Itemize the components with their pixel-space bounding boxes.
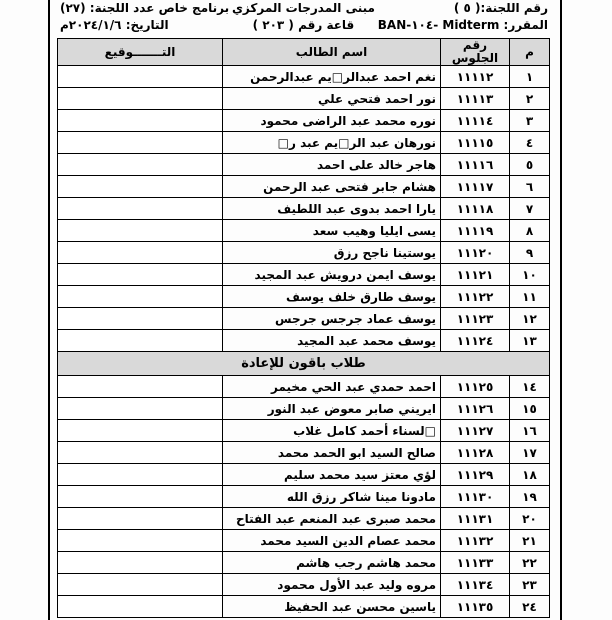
room-number: قاعة رقم ( ٢٠٣ ) [232,19,375,31]
student-name-cell: يوستينا ناجح رزق [223,242,441,264]
student-name-cell: صالح السيد ابو الحمد محمد [223,442,441,464]
seat-number-cell: ١١١٢٦ [441,398,510,420]
table-row: ٢٤١١١٣٥ياسين محسن عبد الحفيظ [58,596,550,618]
signature-cell [58,286,223,308]
student-name-cell: محمد هاشم رجب هاشم [223,552,441,574]
row-number-cell: ١١ [510,286,550,308]
signature-cell [58,110,223,132]
seat-number-cell: ١١١٢٣ [441,308,510,330]
row-number-cell: ٢٠ [510,508,550,530]
seat-number-cell: ١١١٣١ [441,508,510,530]
table-row: ١٧١١١٢٨صالح السيد ابو الحمد محمد [58,442,550,464]
row-number-cell: ١٦ [510,420,550,442]
seat-number-cell: ١١١١٦ [441,154,510,176]
student-name-cell: يوسف طارق خلف يوسف [223,286,441,308]
row-number-cell: ١٠ [510,264,550,286]
student-name-cell: يوسف محمد عبد المجيد [223,330,441,352]
seat-number-cell: ١١١٣٠ [441,486,510,508]
signature-cell [58,530,223,552]
signature-cell [58,308,223,330]
table-row: ٤١١١١٥نورهان عبد الر□يم عبد ر□ [58,132,550,154]
table-row: ٢٢١١١٣٣محمد هاشم رجب هاشم [58,552,550,574]
column-header-student-name: اسم الطالب [223,39,441,66]
building-name: مبنى المدرجات المركزي [232,2,375,14]
seat-number-cell: ١١١١٢ [441,66,510,88]
seat-number-cell: ١١١٢٧ [441,420,510,442]
seat-number-cell: ١١١١٤ [441,110,510,132]
table-row: ٢١١١١٣٢محمد عصام الدين السيد محمد [58,530,550,552]
table-row: ٥١١١١٦هاجر خالد على احمد [58,154,550,176]
table-row: ١٤١١١٢٥احمد حمدي عبد الحي مخيمر [58,376,550,398]
signature-cell [58,176,223,198]
row-number-cell: ٦ [510,176,550,198]
row-number-cell: ٢ [510,88,550,110]
section-divider-row: طلاب باقون للإعادة [58,352,550,376]
signature-cell [58,220,223,242]
committee-number: رقم اللجنة:( ٥ ) [378,2,548,14]
table-row: ١١١١١٢٢يوسف طارق خلف يوسف [58,286,550,308]
student-name-cell: مروه وليد عبد الأول محمود [223,574,441,596]
table-row: ٣١١١١٤نوره محمد عبد الراضى محمود [58,110,550,132]
row-number-cell: ١٩ [510,486,550,508]
student-name-cell: ايريني صابر معوض عبد النور [223,398,441,420]
row-number-cell: ١ [510,66,550,88]
student-name-cell: نغم احمد عبدالر□يم عبدالرحمن [223,66,441,88]
table-row: ٢٠١١١٣١محمد صبرى عبد المنعم عبد الفتاح [58,508,550,530]
header-right-block: رقم اللجنة:( ٥ ) المقرر: BAN-١٠٤- Midter… [378,2,548,31]
signature-cell [58,88,223,110]
seat-number-cell: ١١١١٧ [441,176,510,198]
signature-cell [58,264,223,286]
course-code: BAN-١٠٤- Midterm [378,19,500,31]
student-name-cell: لؤي معتز سيد محمد سليم [223,464,441,486]
row-number-cell: ٢١ [510,530,550,552]
page-border-right-line [560,0,562,620]
seat-number-cell: ١١١١٣ [441,88,510,110]
table-row: ٩١١١٢٠يوستينا ناجح رزق [58,242,550,264]
header-left-block: برنامج خاص عدد اللجنة: (٢٧) التاريخ: ٢٠٢… [60,2,229,31]
header-center-block: مبنى المدرجات المركزي قاعة رقم ( ٢٠٣ ) [232,2,375,31]
signature-cell [58,596,223,618]
student-name-cell: يوسف عماد جرجس جرجس [223,308,441,330]
table-header-row: م رقم الجلوس اسم الطالب التـــــــوقيع [58,39,550,66]
seat-number-cell: ١١١١٨ [441,198,510,220]
row-number-cell: ١٨ [510,464,550,486]
student-name-cell: يسى ايليا وهيب سعد [223,220,441,242]
seat-header-line2: الجلوس [445,52,505,65]
row-number-cell: ٢٢ [510,552,550,574]
seat-number-cell: ١١١٢٤ [441,330,510,352]
student-name-cell: محمد عصام الدين السيد محمد [223,530,441,552]
table-row: ١٣١١١٢٤يوسف محمد عبد المجيد [58,330,550,352]
student-name-cell: نورهان عبد الر□يم عبد ر□ [223,132,441,154]
table-row: ٧١١١١٨يارا احمد بدوى عبد اللطيف [58,198,550,220]
signature-cell [58,242,223,264]
table-row: ١٦١١١٢٧□لسناء أحمد كامل غلاب [58,420,550,442]
student-name-cell: نور احمد فتحي علي [223,88,441,110]
row-number-cell: ١٤ [510,376,550,398]
signature-cell [58,486,223,508]
row-number-cell: ١٥ [510,398,550,420]
seat-number-cell: ١١١٢٠ [441,242,510,264]
row-number-cell: ٩ [510,242,550,264]
table-body: ١١١١١٢نغم احمد عبدالر□يم عبدالرحمن٢١١١١٣… [58,66,550,618]
row-number-cell: ٨ [510,220,550,242]
student-name-cell: مادونا مينا شاكر رزق الله [223,486,441,508]
row-number-cell: ٣ [510,110,550,132]
signature-cell [58,376,223,398]
student-name-cell: محمد صبرى عبد المنعم عبد الفتاح [223,508,441,530]
attendance-table: م رقم الجلوس اسم الطالب التـــــــوقيع ١… [57,38,550,618]
seat-number-cell: ١١١٢٩ [441,464,510,486]
table-row: ٦١١١١٧هشام جابر فتحى عبد الرحمن [58,176,550,198]
seat-number-cell: ١١١٢٢ [441,286,510,308]
page-content: رقم اللجنة:( ٥ ) المقرر: BAN-١٠٤- Midter… [58,0,550,618]
signature-cell [58,330,223,352]
student-name-cell: يوسف ايمن درويش عبد المجيد [223,264,441,286]
column-header-seat-number: رقم الجلوس [441,39,510,66]
table-row: ١٩١١١٣٠مادونا مينا شاكر رزق الله [58,486,550,508]
course-line: المقرر: BAN-١٠٤- Midterm [378,19,548,31]
course-label: المقرر: [504,18,548,32]
column-header-signature: التـــــــوقيع [58,39,223,66]
student-name-cell: هشام جابر فتحى عبد الرحمن [223,176,441,198]
row-number-cell: ٢٤ [510,596,550,618]
column-header-index: م [510,39,550,66]
row-number-cell: ١٣ [510,330,550,352]
seat-number-cell: ١١١٢٥ [441,376,510,398]
student-name-cell: ياسين محسن عبد الحفيظ [223,596,441,618]
row-number-cell: ٧ [510,198,550,220]
section-divider-label: طلاب باقون للإعادة [58,352,550,376]
seat-number-cell: ١١١١٩ [441,220,510,242]
seat-number-cell: ١١١٣٤ [441,574,510,596]
row-number-cell: ١٧ [510,442,550,464]
table-row: ١٠١١١٢١يوسف ايمن درويش عبد المجيد [58,264,550,286]
exam-date: التاريخ: ٢٠٢٤/١/٦م [60,19,229,31]
table-row: ٨١١١١٩يسى ايليا وهيب سعد [58,220,550,242]
seat-number-cell: ١١١٣٢ [441,530,510,552]
student-name-cell: □لسناء أحمد كامل غلاب [223,420,441,442]
signature-cell [58,154,223,176]
program-info: برنامج خاص عدد اللجنة: (٢٧) [60,2,229,14]
student-name-cell: نوره محمد عبد الراضى محمود [223,110,441,132]
table-row: ١٢١١١٢٣يوسف عماد جرجس جرجس [58,308,550,330]
signature-cell [58,132,223,154]
student-name-cell: احمد حمدي عبد الحي مخيمر [223,376,441,398]
student-name-cell: يارا احمد بدوى عبد اللطيف [223,198,441,220]
table-row: ١٥١١١٢٦ايريني صابر معوض عبد النور [58,398,550,420]
row-number-cell: ٥ [510,154,550,176]
signature-cell [58,398,223,420]
row-number-cell: ٤ [510,132,550,154]
seat-number-cell: ١١١١٥ [441,132,510,154]
signature-cell [58,66,223,88]
seat-number-cell: ١١١٢١ [441,264,510,286]
signature-cell [58,198,223,220]
signature-cell [58,442,223,464]
table-row: ٢١١١١٣نور احمد فتحي علي [58,88,550,110]
seat-number-cell: ١١١٢٨ [441,442,510,464]
exam-attendance-sheet: رقم اللجنة:( ٥ ) المقرر: BAN-١٠٤- Midter… [0,0,612,620]
document-header: رقم اللجنة:( ٥ ) المقرر: BAN-١٠٤- Midter… [58,0,550,38]
row-number-cell: ٢٣ [510,574,550,596]
signature-cell [58,508,223,530]
table-row: ١١١١١٢نغم احمد عبدالر□يم عبدالرحمن [58,66,550,88]
row-number-cell: ١٢ [510,308,550,330]
signature-cell [58,552,223,574]
seat-number-cell: ١١١٣٥ [441,596,510,618]
signature-cell [58,420,223,442]
student-name-cell: هاجر خالد على احمد [223,154,441,176]
table-row: ٢٣١١١٣٤مروه وليد عبد الأول محمود [58,574,550,596]
table-row: ١٨١١١٢٩لؤي معتز سيد محمد سليم [58,464,550,486]
page-border-left-line [48,0,50,620]
signature-cell [58,574,223,596]
seat-number-cell: ١١١٣٣ [441,552,510,574]
signature-cell [58,464,223,486]
